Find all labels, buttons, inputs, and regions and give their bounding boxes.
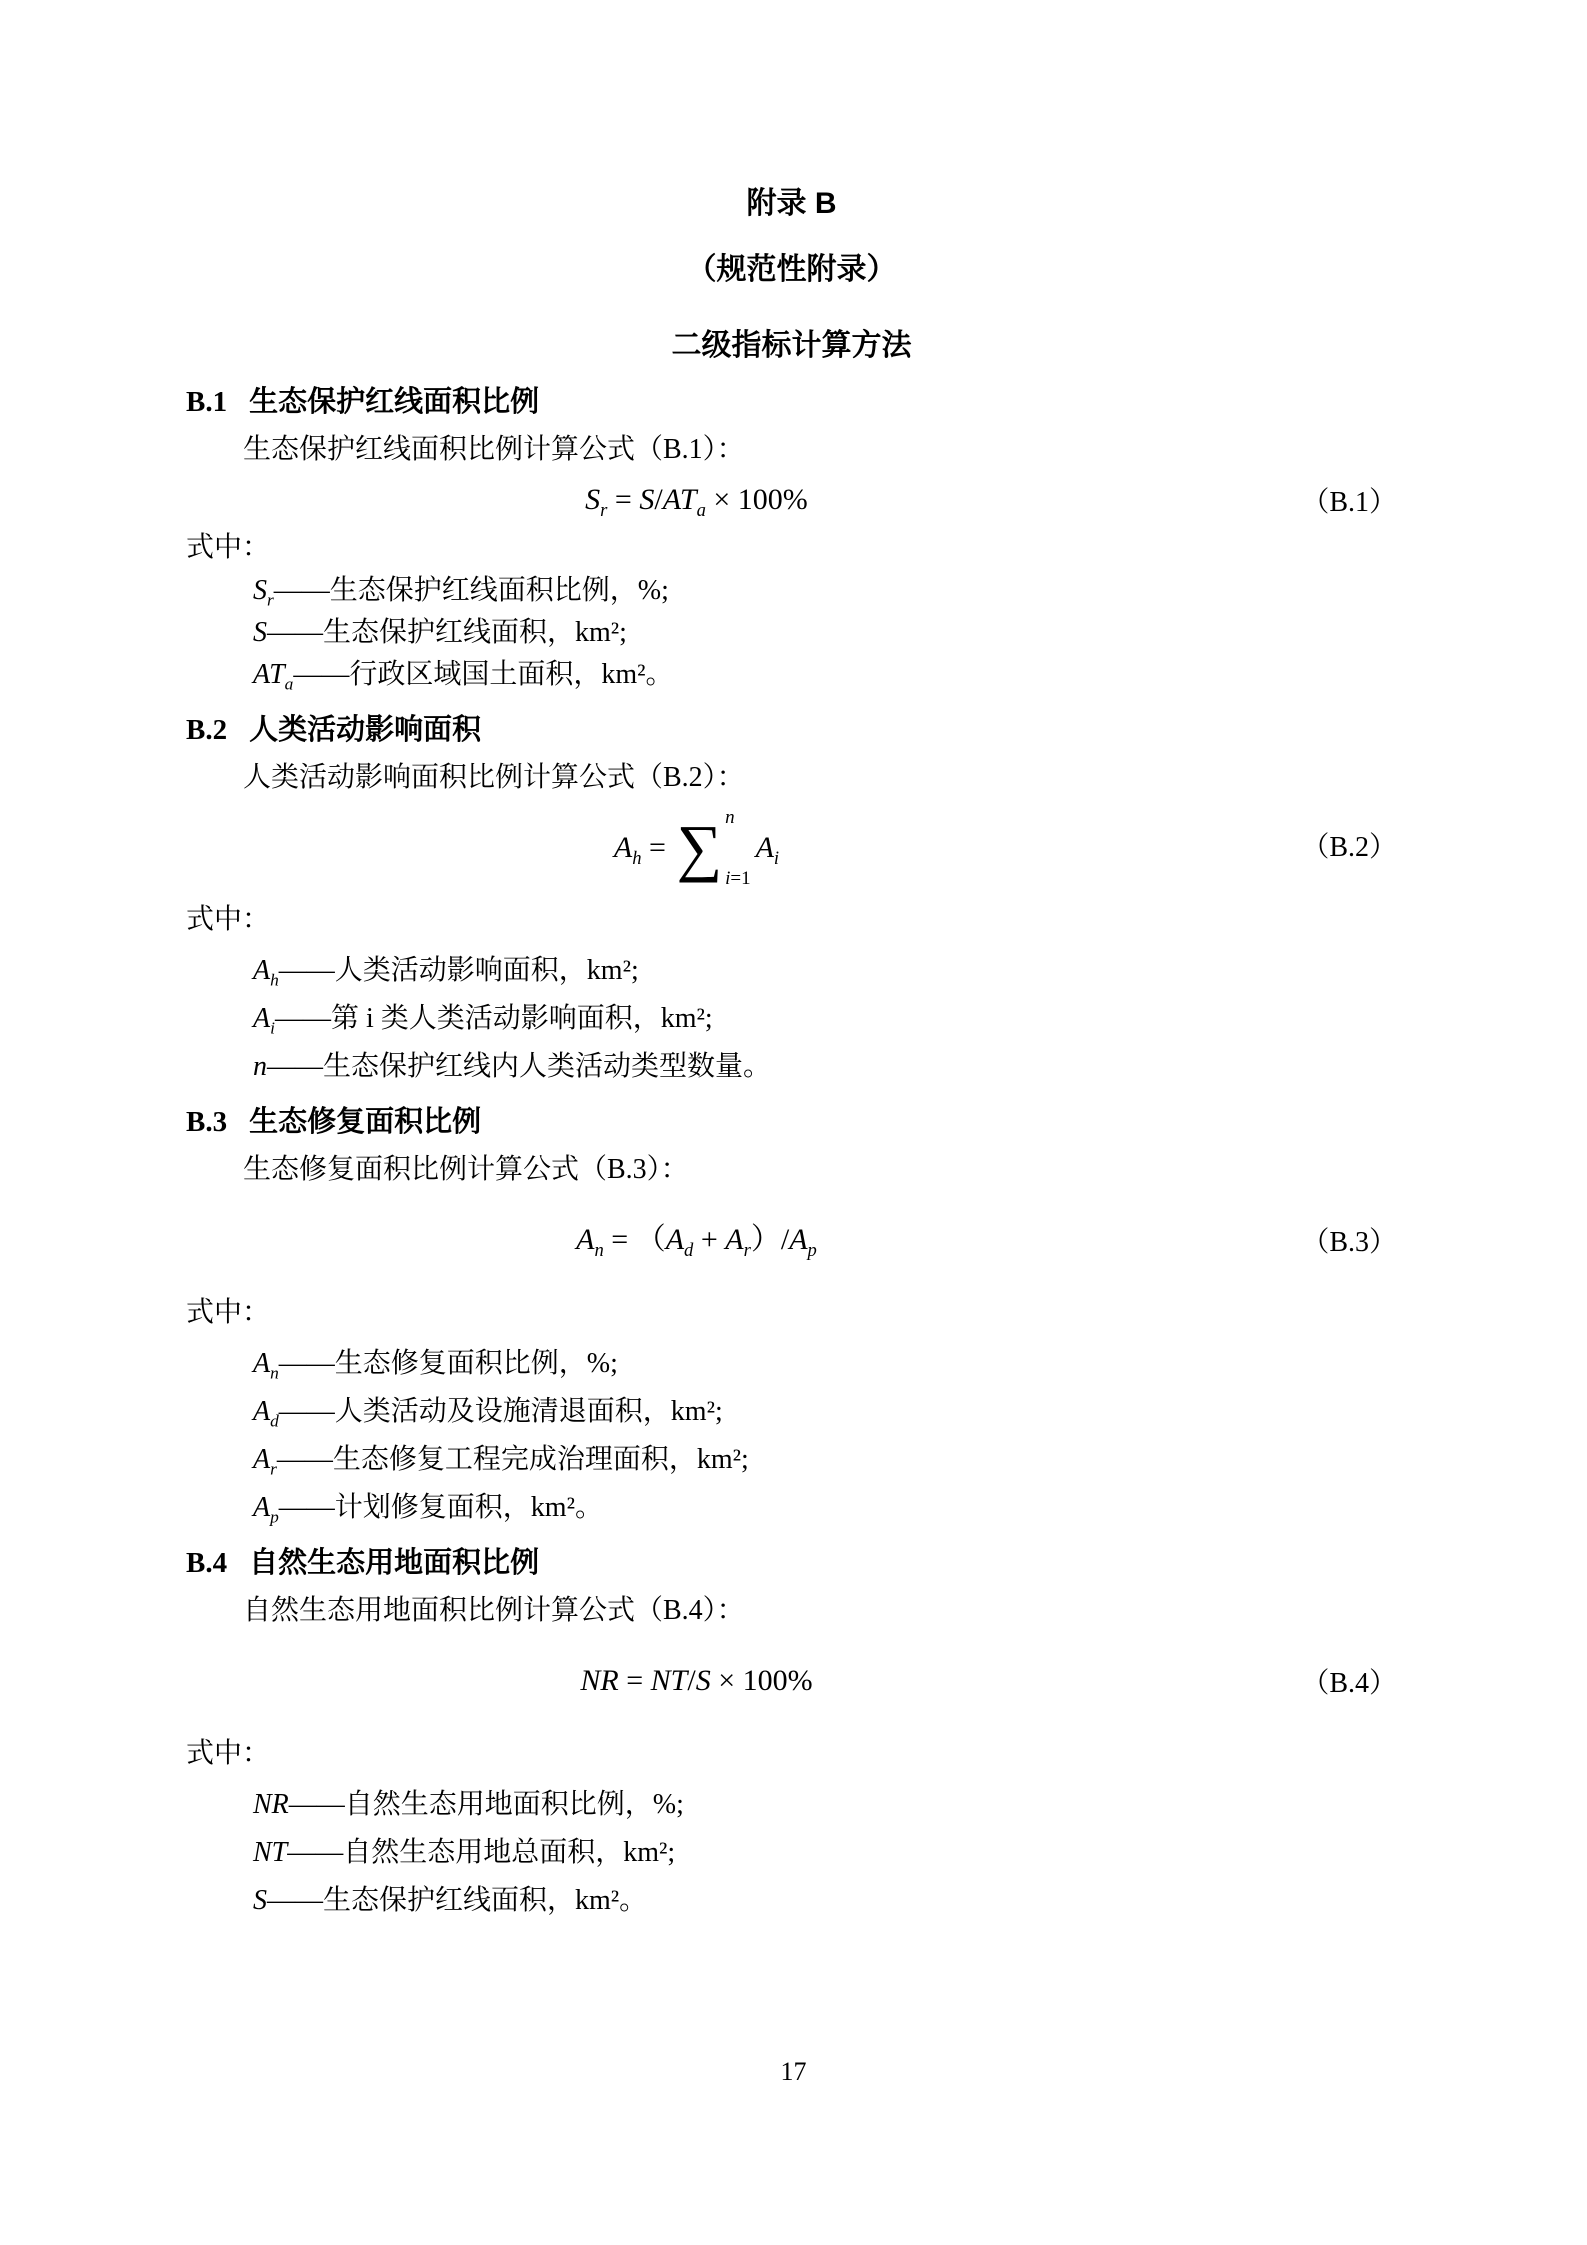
equation-row: Sr = S/ATa × 100% （B.1） — [186, 480, 1397, 525]
section-heading: B.3 生态修复面积比例 — [186, 1104, 1397, 1140]
page-number: 17 — [0, 2055, 1587, 2089]
section-number: B.3 — [186, 1104, 227, 1140]
document-page: 附录 B （规范性附录） 二级指标计算方法 B.1 生态保护红线面积比例 生态保… — [0, 0, 1587, 2245]
definition-text: ——行政区域国土面积，km²。 — [293, 659, 673, 690]
definitions-list: Sr——生态保护红线面积比例，%;S——生态保护红线面积，km²;ATa——行政… — [186, 574, 1397, 692]
definition-text: ——人类活动影响面积，km²; — [279, 955, 639, 986]
definition-text: ——生态保护红线内人类活动类型数量。 — [267, 1051, 771, 1082]
where-label: 式中： — [186, 530, 1397, 566]
definition-symbol: Ap — [253, 1492, 279, 1523]
formula-fragment: Ai — [756, 828, 780, 868]
definition-item: NR——自然生态用地面积比例，%; — [253, 1788, 1397, 1822]
formula-fragment: n — [725, 808, 751, 827]
definition-symbol: Ar — [253, 1444, 277, 1475]
section: B.1 生态保护红线面积比例 生态保护红线面积比例计算公式（B.1）： Sr =… — [186, 384, 1397, 692]
section-title: 人类活动影响面积 — [249, 712, 481, 748]
definition-symbol: S — [253, 617, 267, 648]
where-label: 式中： — [186, 1736, 1397, 1772]
definition-text: ——自然生态用地总面积，km²; — [287, 1837, 675, 1868]
equation-number: （B.4） — [1301, 1667, 1397, 1701]
definition-symbol: Ad — [253, 1396, 279, 1427]
definitions-list: NR——自然生态用地面积比例，%;NT——自然生态用地总面积，km²;S——生态… — [186, 1788, 1397, 1918]
formula-fragment: NR = NT/S × 100% — [580, 1661, 812, 1701]
definitions-list: Ah——人类活动影响面积，km²;Ai——第 i 类人类活动影响面积，km²;n… — [186, 954, 1397, 1084]
equation: Ah = ∑ni=1Ai — [614, 808, 779, 888]
definition-item: Ai——第 i 类人类活动影响面积，km²; — [253, 1002, 1397, 1036]
definition-text: ——第 i 类人类活动影响面积，km²; — [275, 1003, 713, 1034]
equation: NR = NT/S × 100% — [580, 1661, 812, 1701]
appendix-heading: 二级指标计算方法 — [186, 328, 1397, 364]
equation-number: （B.3） — [1301, 1226, 1397, 1260]
formula-fragment: Sr = S/ATa × 100% — [585, 480, 808, 520]
definition-text: ——生态修复面积比例，%; — [279, 1348, 618, 1379]
section-heading: B.4 自然生态用地面积比例 — [186, 1545, 1397, 1581]
equation-number: （B.1） — [1301, 486, 1397, 520]
definition-text: ——生态保护红线面积比例，%; — [274, 575, 669, 606]
definition-symbol: n — [253, 1051, 267, 1082]
definition-symbol: ATa — [253, 659, 293, 690]
section-title: 生态修复面积比例 — [249, 1104, 481, 1140]
equation-number: （B.2） — [1301, 831, 1397, 865]
definition-item: S——生态保护红线面积，km²。 — [253, 1884, 1397, 1918]
definitions-list: An——生态修复面积比例，%;Ad——人类活动及设施清退面积，km²;Ar——生… — [186, 1347, 1397, 1525]
definition-item: Ad——人类活动及设施清退面积，km²; — [253, 1395, 1397, 1429]
definition-text: ——生态保护红线面积，km²; — [267, 617, 627, 648]
definition-text: ——计划修复面积，km²。 — [279, 1492, 603, 1523]
appendix-title: 附录 B — [186, 186, 1397, 222]
definition-text: ——生态修复工程完成治理面积，km²; — [277, 1444, 749, 1475]
section-title: 自然生态用地面积比例 — [249, 1545, 539, 1581]
formula-fragment: i=1 — [725, 869, 751, 888]
formula-intro: 生态修复面积比例计算公式（B.3）： — [186, 1152, 1397, 1188]
equation: An = （Ad + Ar）/Ap — [576, 1220, 817, 1260]
sections: B.1 生态保护红线面积比例 生态保护红线面积比例计算公式（B.1）： Sr =… — [186, 384, 1397, 1918]
definition-symbol: Ah — [253, 955, 279, 986]
section-heading: B.2 人类活动影响面积 — [186, 712, 1397, 748]
definition-item: NT——自然生态用地总面积，km²; — [253, 1836, 1397, 1870]
section-number: B.4 — [186, 1545, 227, 1581]
section-number: B.1 — [186, 384, 227, 420]
equation: Sr = S/ATa × 100% — [585, 480, 808, 520]
definition-symbol: Ai — [253, 1003, 275, 1034]
section: B.2 人类活动影响面积 人类活动影响面积比例计算公式（B.2）： Ah = ∑… — [186, 712, 1397, 1084]
formula-fragment: An = （Ad + Ar）/Ap — [576, 1220, 817, 1260]
section-heading: B.1 生态保护红线面积比例 — [186, 384, 1397, 420]
definition-item: Ar——生态修复工程完成治理面积，km²; — [253, 1443, 1397, 1477]
where-label: 式中： — [186, 902, 1397, 938]
definition-text: ——自然生态用地面积比例，%; — [289, 1789, 684, 1820]
definition-item: An——生态修复面积比例，%; — [253, 1347, 1397, 1381]
formula-fragment: Ah = — [614, 828, 674, 868]
definition-symbol: NR — [253, 1789, 289, 1820]
summation-symbol: ∑ni=1 — [676, 808, 750, 888]
equation-row: Ah = ∑ni=1Ai （B.2） — [186, 808, 1397, 888]
equation-row: NR = NT/S × 100% （B.4） — [186, 1661, 1397, 1706]
formula-intro: 生态保护红线面积比例计算公式（B.1）： — [186, 432, 1397, 468]
appendix-subtitle: （规范性附录） — [186, 252, 1397, 288]
definition-item: n——生态保护红线内人类活动类型数量。 — [253, 1050, 1397, 1084]
formula-intro: 自然生态用地面积比例计算公式（B.4）： — [186, 1593, 1397, 1629]
definition-symbol: NT — [253, 1837, 287, 1868]
section-title: 生态保护红线面积比例 — [249, 384, 539, 420]
definition-item: Ah——人类活动影响面积，km²; — [253, 954, 1397, 988]
formula-intro: 人类活动影响面积比例计算公式（B.2）： — [186, 760, 1397, 796]
definition-item: ATa——行政区域国土面积，km²。 — [253, 658, 1397, 692]
section: B.3 生态修复面积比例 生态修复面积比例计算公式（B.3）： An = （Ad… — [186, 1104, 1397, 1525]
definition-item: Sr——生态保护红线面积比例，%; — [253, 574, 1397, 608]
definition-item: S——生态保护红线面积，km²; — [253, 616, 1397, 650]
section: B.4 自然生态用地面积比例 自然生态用地面积比例计算公式（B.4）： NR =… — [186, 1545, 1397, 1918]
definition-text: ——生态保护红线面积，km²。 — [267, 1885, 647, 1916]
definition-symbol: An — [253, 1348, 279, 1379]
section-number: B.2 — [186, 712, 227, 748]
definition-symbol: Sr — [253, 575, 274, 606]
definition-text: ——人类活动及设施清退面积，km²; — [279, 1396, 723, 1427]
definition-symbol: S — [253, 1885, 267, 1916]
definition-item: Ap——计划修复面积，km²。 — [253, 1491, 1397, 1525]
where-label: 式中： — [186, 1295, 1397, 1331]
equation-row: An = （Ad + Ar）/Ap （B.3） — [186, 1220, 1397, 1265]
